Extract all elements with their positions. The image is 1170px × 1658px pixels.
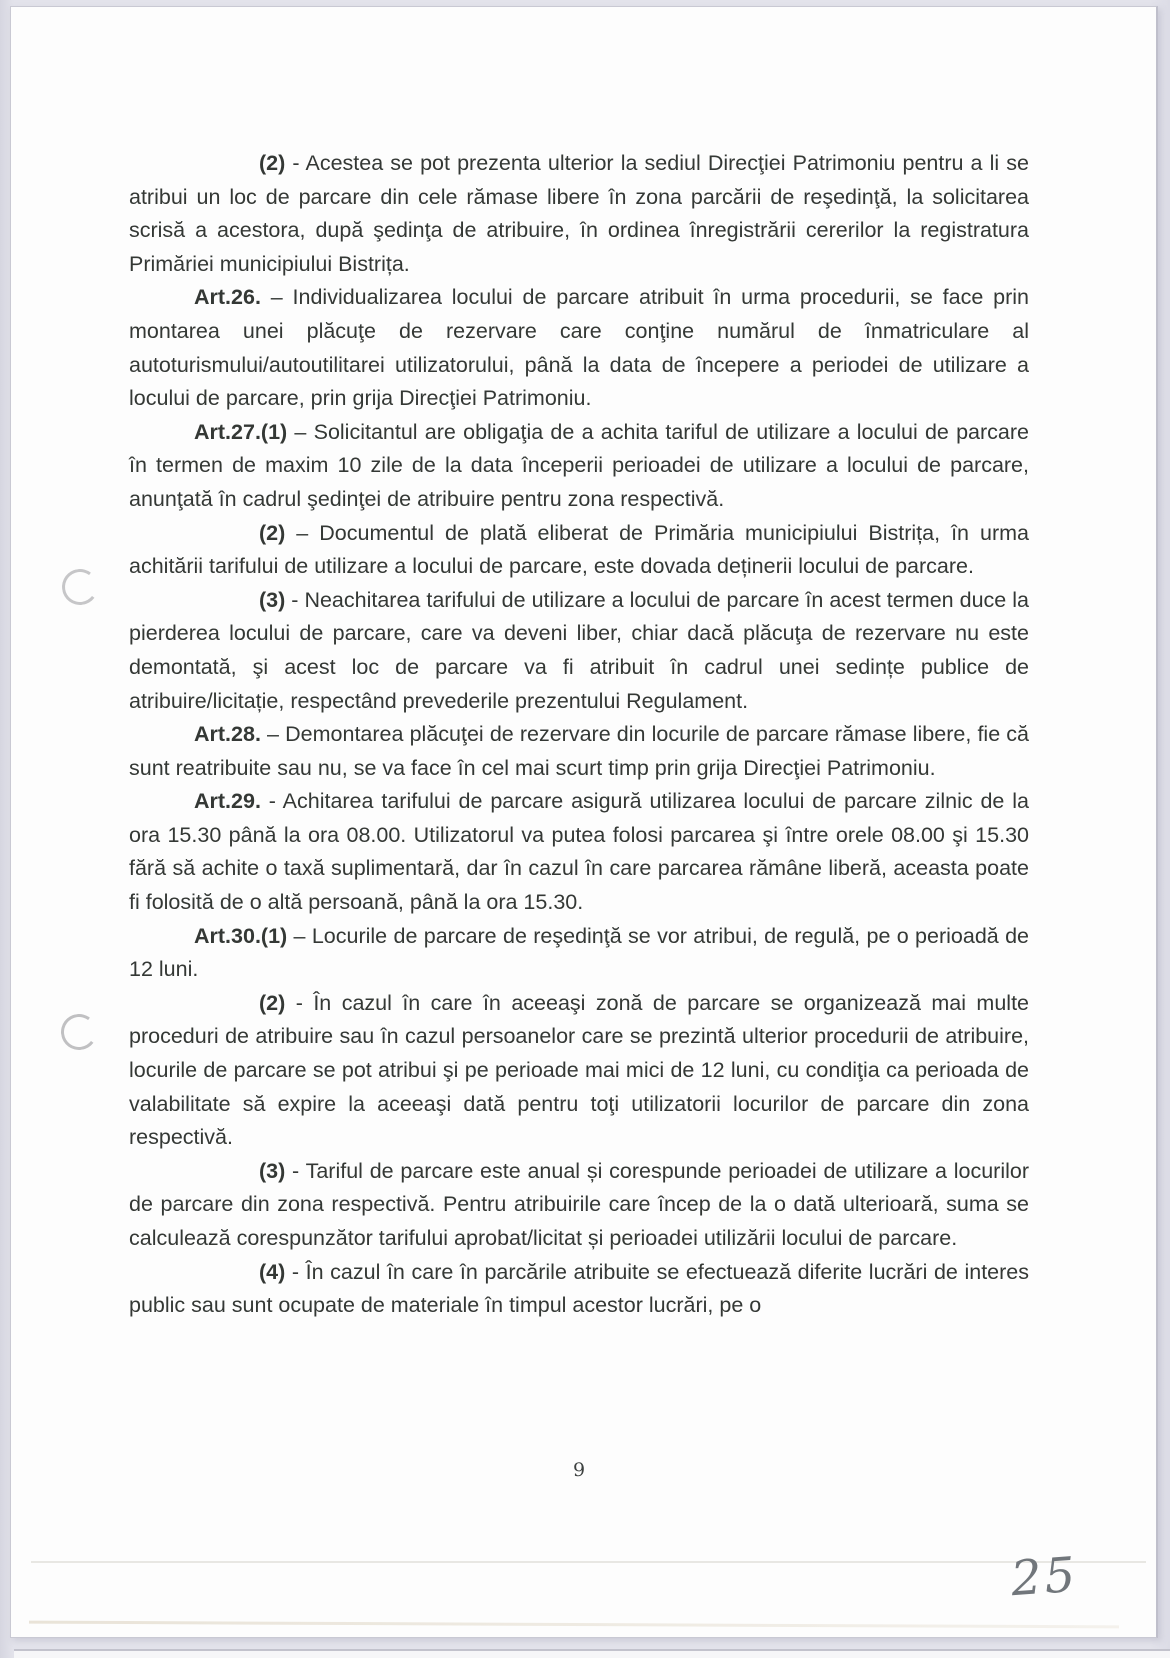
paragraph-label: (4) (259, 1260, 285, 1284)
paragraph-art27-1: Art.27.(1) – Solicitantul are obligaţia … (129, 416, 1029, 517)
paragraph-label: Art.30.(1) (194, 924, 287, 948)
paragraph-art27-2: (2) – Documentul de plată eliberat de Pr… (129, 517, 1029, 584)
paragraph-art27-3: (3) - Neachitarea tarifului de utilizare… (129, 584, 1029, 718)
paragraph-label: Art.27.(1) (194, 420, 287, 444)
paragraph-art30-4: (4) - În cazul în care în parcările atri… (129, 1256, 1029, 1323)
paragraph-art25-2: (2) - Acestea se pot prezenta ulterior l… (129, 147, 1029, 281)
paragraph-art30-3: (3) - Tariful de parcare este anual și c… (129, 1155, 1029, 1256)
paragraph-text: - Achitarea tarifului de parcare asigură… (129, 789, 1029, 914)
paragraph-art26: Art.26. – Individualizarea locului de pa… (129, 281, 1029, 415)
page-number: 9 (129, 1459, 1029, 1481)
paragraph-label: Art.28. (194, 722, 261, 746)
handwritten-page-number: 25 (1009, 1547, 1080, 1608)
next-page-edge (14, 1649, 1170, 1658)
scan-artifact-line (31, 1561, 1146, 1563)
paragraph-label: (2) (259, 991, 285, 1015)
paragraph-label: (3) (259, 1159, 285, 1183)
paragraph-art29: Art.29. - Achitarea tarifului de parcare… (129, 785, 1029, 919)
paragraph-art30-2: (2) - În cazul în care în aceeaşi zonă d… (129, 987, 1029, 1155)
document-page: (2) - Acestea se pot prezenta ulterior l… (10, 6, 1158, 1638)
punch-hole-mark-bottom (59, 1012, 100, 1053)
punch-hole-mark-top (60, 567, 101, 608)
scan-artifact-line (29, 1621, 1119, 1629)
paragraph-label: Art.29. (194, 789, 261, 813)
paragraph-text: – Individualizarea locului de parcare at… (129, 285, 1029, 410)
paragraph-label: (2) (259, 151, 285, 175)
paragraph-art28: Art.28. – Demontarea plăcuţei de rezerva… (129, 718, 1029, 785)
paragraph-label: (3) (259, 588, 285, 612)
scanned-document-canvas: (2) - Acestea se pot prezenta ulterior l… (0, 0, 1170, 1658)
paragraph-art30-1: Art.30.(1) – Locurile de parcare de reşe… (129, 920, 1029, 987)
document-body-text: (2) - Acestea se pot prezenta ulterior l… (129, 147, 1029, 1323)
paragraph-label: Art.26. (194, 285, 261, 309)
paragraph-text: – Demontarea plăcuţei de rezervare din l… (129, 722, 1029, 780)
paragraph-label: (2) (259, 521, 285, 545)
